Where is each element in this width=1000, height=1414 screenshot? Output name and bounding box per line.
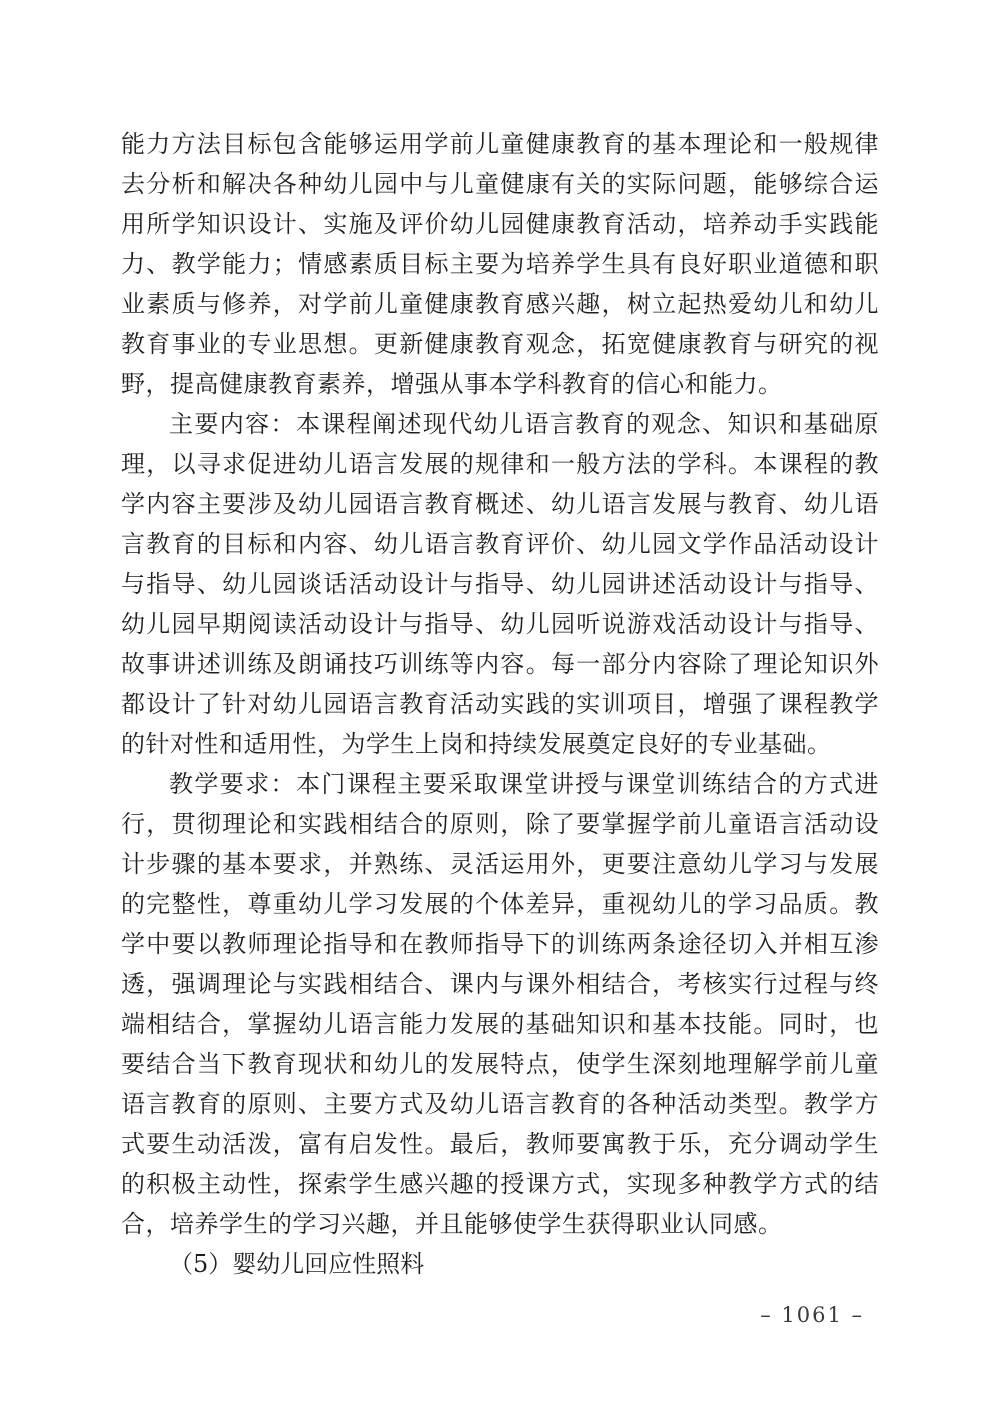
page-number: – 1061 – [760,1300,864,1330]
paragraph-ability-goals: 能力方法目标包含能够运用学前儿童健康教育的基本理论和一般规律去分析和解决各种幼儿… [121,124,879,404]
text-block: 能力方法目标包含能够运用学前儿童健康教育的基本理论和一般规律去分析和解决各种幼儿… [121,124,879,1284]
section-heading-5: （5）婴幼儿回应性照料 [121,1244,879,1284]
paragraph-teaching-requirements: 教学要求：本门课程主要采取课堂讲授与课堂训练结合的方式进行，贯彻理论和实践相结合… [121,764,879,1244]
document-page: 能力方法目标包含能够运用学前儿童健康教育的基本理论和一般规律去分析和解决各种幼儿… [0,0,1000,1414]
paragraph-main-content: 主要内容：本课程阐述现代幼儿语言教育的观念、知识和基础原理，以寻求促进幼儿语言发… [121,404,879,764]
